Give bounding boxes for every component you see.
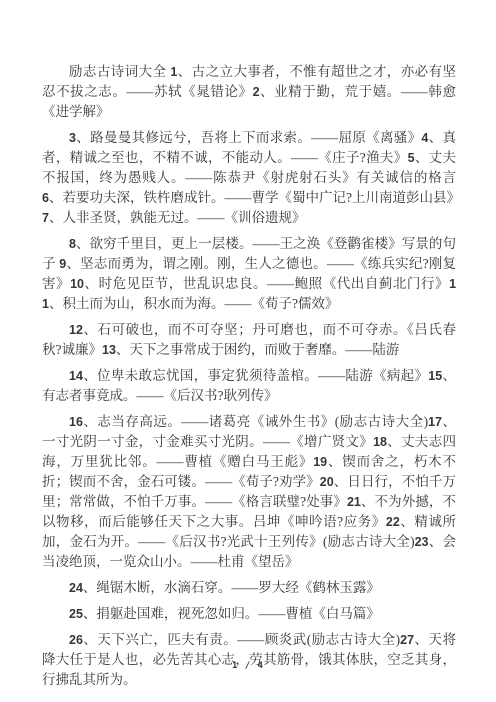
paragraph-2: 3、路曼曼其修远兮，吾将上下而求索。——屈原《离骚》4、真者，精诚之至也，不精不… (42, 128, 456, 228)
page-number-indicator: 1 / 4 (0, 661, 496, 671)
paragraph-9: 26、天下兴亡，匹夫有责。——顾炎武(励志古诗大全)27、天将降大任于是人也，必… (42, 630, 456, 690)
paragraph-6: 16、志当存高远。——诸葛亮《诫外生书》(励志古诗大全)17、一寸光阴一寸金，寸… (42, 412, 456, 572)
paragraph-8: 25、捐躯赴国难，视死忽如归。——曹植《白马篇》 (42, 604, 456, 624)
paragraph-7: 24、绳锯木断，水滴石穿。——罗大经《鹤林玉露》 (42, 578, 456, 598)
paragraph-4: 12、石可破也，而不可夺坚；丹可磨也，而不可夺赤。《吕氏春秋?诚廉》13、天下之… (42, 320, 456, 360)
paragraph-3: 8、欲穷千里目，更上一层楼。——王之涣《登鹳雀楼》写景的句子 9、坚志而勇为，谓… (42, 234, 456, 314)
paragraph-5: 14、位卑未敢忘忧国，事定犹须待盖棺。——陆游《病起》15、有志者事竟成。——《… (42, 366, 456, 406)
document-content: 励志古诗词大全 1、古之立大事者，不惟有超世之才，亦必有坚忍不拔之志。——苏轼《… (42, 62, 456, 696)
document-page: 励志古诗词大全 1、古之立大事者，不惟有超世之才，亦必有坚忍不拔之志。——苏轼《… (0, 0, 496, 702)
paragraph-1: 励志古诗词大全 1、古之立大事者，不惟有超世之才，亦必有坚忍不拔之志。——苏轼《… (42, 62, 456, 122)
